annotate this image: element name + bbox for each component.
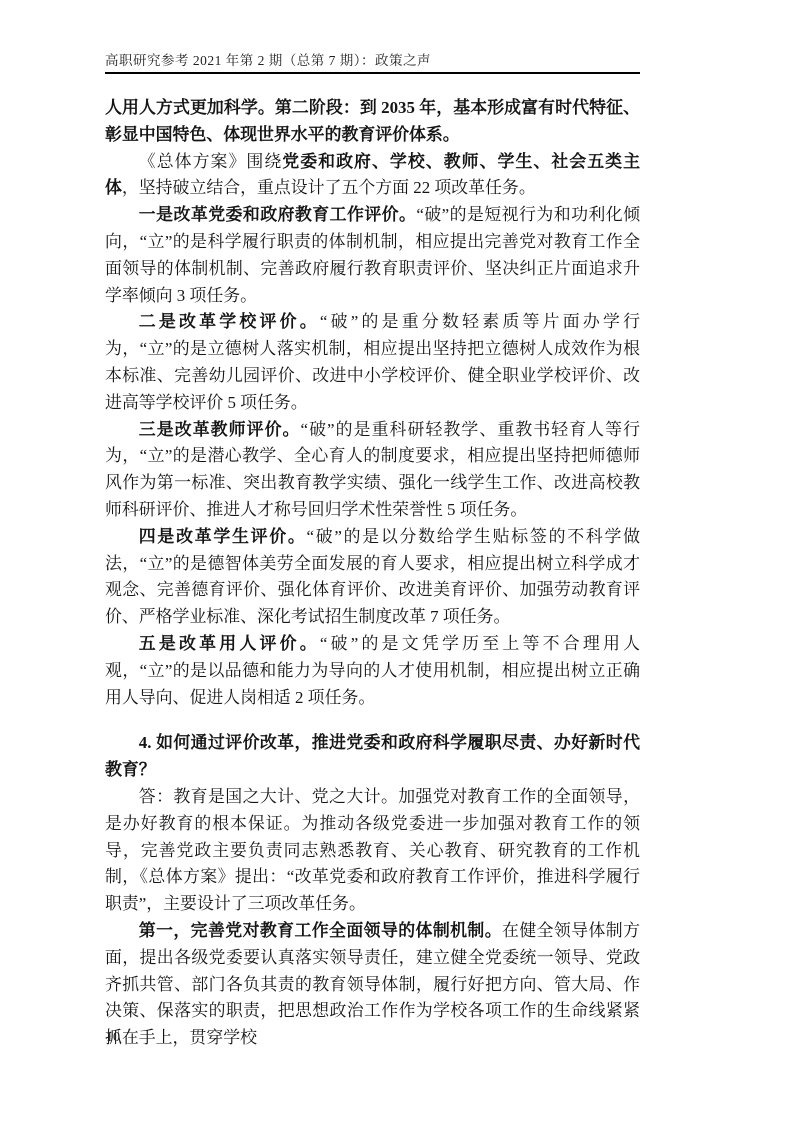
paragraph: 四是改革学生评价。“破”的是以分数给学生贴标签的不科学做法，“立”的是德智体美劳… (105, 524, 640, 631)
paragraph: 答：教育是国之大计、党之大计。加强党对教育工作的全面领导，是办好教育的根本保证。… (105, 784, 640, 918)
paragraph: 一是改革党委和政府教育工作评价。“破”的是短视行为和功利化倾向，“立”的是科学履… (105, 202, 640, 309)
text-run: 《总体方案》围绕 (139, 152, 283, 171)
paragraph: 第一，完善党对教育工作全面领导的体制机制。在健全领导体制方面，提出各级党委要认真… (105, 918, 640, 1052)
section-heading: 4. 如何通过评价改革，推进党委和政府科学履职尽责、办好新时代教育？ (105, 730, 640, 784)
bold-text-run: 二是改革学校评价。 (139, 312, 320, 331)
document-page: 高职研究参考 2021 年第 2 期（总第 7 期）：政策之声 人用人方式更加科… (0, 0, 794, 1123)
paragraph: 二是改革学校评价。“破”的是重分数轻素质等片面办学行为，“立”的是立德树人落实机… (105, 309, 640, 416)
text-run: ，坚持破立结合，重点设计了五个方面 22 项改革任务。 (122, 178, 536, 197)
bold-text-run: 三是改革教师评价。 (139, 420, 301, 439)
text-run: 答：教育是国之大计、党之大计。加强党对教育工作的全面领导，是办好教育的根本保证。… (105, 787, 640, 913)
paragraph: 五是改革用人评价。“破”的是文凭学历至上等不合理用人观，“立”的是以品德和能力为… (105, 631, 640, 711)
document-body: 人用人方式更加科学。第二阶段：到 2035 年，基本形成富有时代特征、彰显中国特… (105, 95, 640, 1052)
bold-text-run: 人用人方式更加科学。第二阶段：到 2035 年，基本形成富有时代特征、彰显中国特… (105, 98, 640, 144)
bold-text-run: 4. 如何通过评价改革，推进党委和政府科学履职尽责、办好新时代教育？ (105, 733, 640, 779)
page-header: 高职研究参考 2021 年第 2 期（总第 7 期）：政策之声 (105, 49, 640, 69)
bold-text-run: 五是改革用人评价。 (139, 634, 320, 653)
bold-text-run: 一是改革党委和政府教育工作评价。 (139, 205, 417, 224)
paragraph: 《总体方案》围绕党委和政府、学校、教师、学生、社会五类主体，坚持破立结合，重点设… (105, 149, 640, 203)
header-rule (105, 72, 640, 74)
bold-text-run: 第一，完善党对教育工作全面领导的体制机制。 (139, 921, 502, 940)
paragraph: 三是改革教师评价。“破”的是重科研轻教学、重教书轻育人等行为，“立”的是潜心教学… (105, 417, 640, 524)
page-number: 10 (106, 1030, 120, 1046)
bold-text-run: 四是改革学生评价。 (139, 527, 307, 546)
paragraph: 人用人方式更加科学。第二阶段：到 2035 年，基本形成富有时代特征、彰显中国特… (105, 95, 640, 149)
